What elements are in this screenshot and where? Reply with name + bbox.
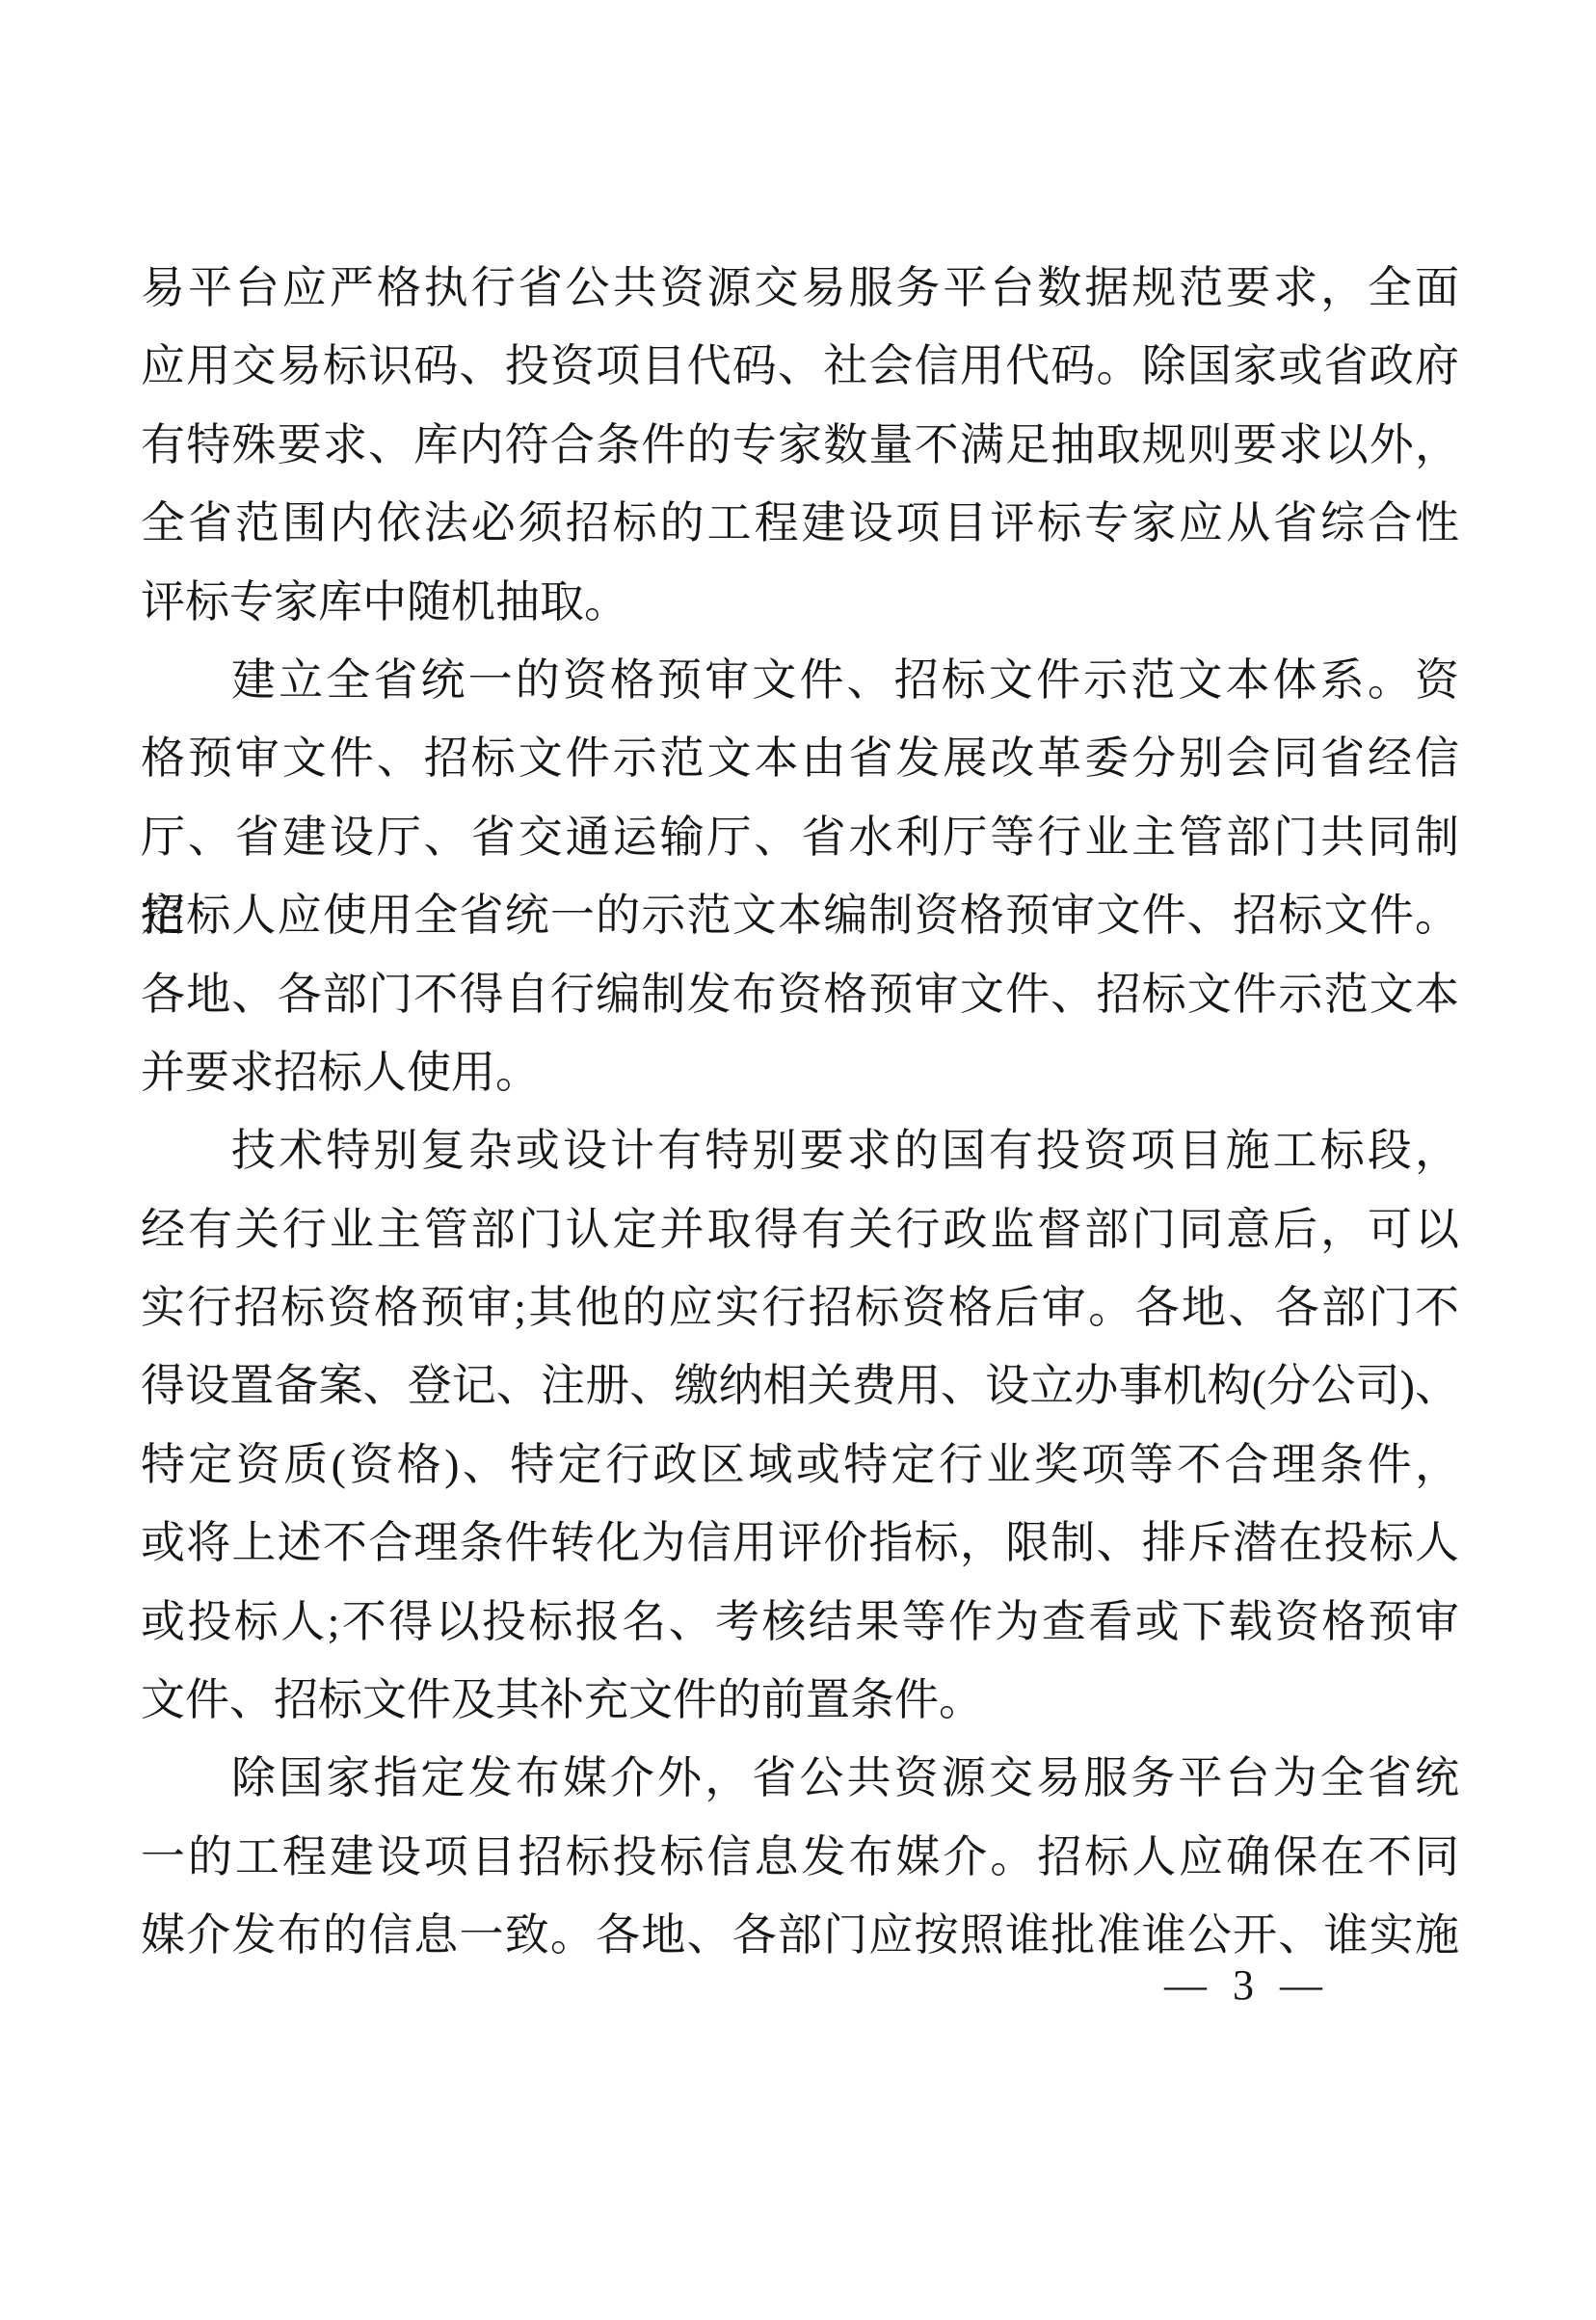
text-line: 厅、省建设厅、省交通运输厅、省水利厅等行业主管部门共同制定。 bbox=[141, 798, 1459, 876]
text-line: 全省范围内依法必须招标的工程建设项目评标专家应从省综合性 bbox=[141, 484, 1459, 562]
page-number: — 3 — bbox=[1164, 1960, 1330, 2011]
text-line: 格预审文件、招标文件示范文本由省发展改革委分别会同省经信 bbox=[141, 719, 1459, 797]
text-line: 文件、招标文件及其补充文件的前置条件。 bbox=[141, 1661, 1459, 1739]
text-line: 或投标人;不得以投标报名、考核结果等作为查看或下载资格预审 bbox=[141, 1583, 1459, 1661]
document-body: 易平台应严格执行省公共资源交易服务平台数据规范要求，全面 应用交易标识码、投资项… bbox=[141, 249, 1459, 1975]
text-line: 招标人应使用全省统一的示范文本编制资格预审文件、招标文件。 bbox=[141, 876, 1459, 954]
text-line: 一的工程建设项目招标投标信息发布媒介。招标人应确保在不同 bbox=[141, 1818, 1459, 1896]
text-line: 得设置备案、登记、注册、缴纳相关费用、设立办事机构(分公司)、 bbox=[141, 1347, 1459, 1425]
text-line: 各地、各部门不得自行编制发布资格预审文件、招标文件示范文本 bbox=[141, 955, 1459, 1033]
document-page: 易平台应严格执行省公共资源交易服务平台数据规范要求，全面 应用交易标识码、投资项… bbox=[0, 0, 1596, 2320]
text-line: 技术特别复杂或设计有特别要求的国有投资项目施工标段， bbox=[141, 1111, 1459, 1189]
text-line: 建立全省统一的资格预审文件、招标文件示范文本体系。资 bbox=[141, 641, 1459, 719]
text-line: 有特殊要求、库内符合条件的专家数量不满足抽取规则要求以外， bbox=[141, 406, 1459, 484]
text-line: 并要求招标人使用。 bbox=[141, 1033, 1459, 1111]
text-line: 易平台应严格执行省公共资源交易服务平台数据规范要求，全面 bbox=[141, 249, 1459, 327]
text-line: 除国家指定发布媒介外，省公共资源交易服务平台为全省统 bbox=[141, 1739, 1459, 1817]
text-line: 评标专家库中随机抽取。 bbox=[141, 563, 1459, 641]
text-line: 实行招标资格预审;其他的应实行招标资格后审。各地、各部门不 bbox=[141, 1268, 1459, 1347]
text-line: 应用交易标识码、投资项目代码、社会信用代码。除国家或省政府 bbox=[141, 327, 1459, 405]
text-line: 特定资质(资格)、特定行政区域或特定行业奖项等不合理条件， bbox=[141, 1426, 1459, 1504]
text-line: 或将上述不合理条件转化为信用评价指标，限制、排斥潜在投标人 bbox=[141, 1504, 1459, 1582]
text-line: 经有关行业主管部门认定并取得有关行政监督部门同意后，可以 bbox=[141, 1190, 1459, 1268]
